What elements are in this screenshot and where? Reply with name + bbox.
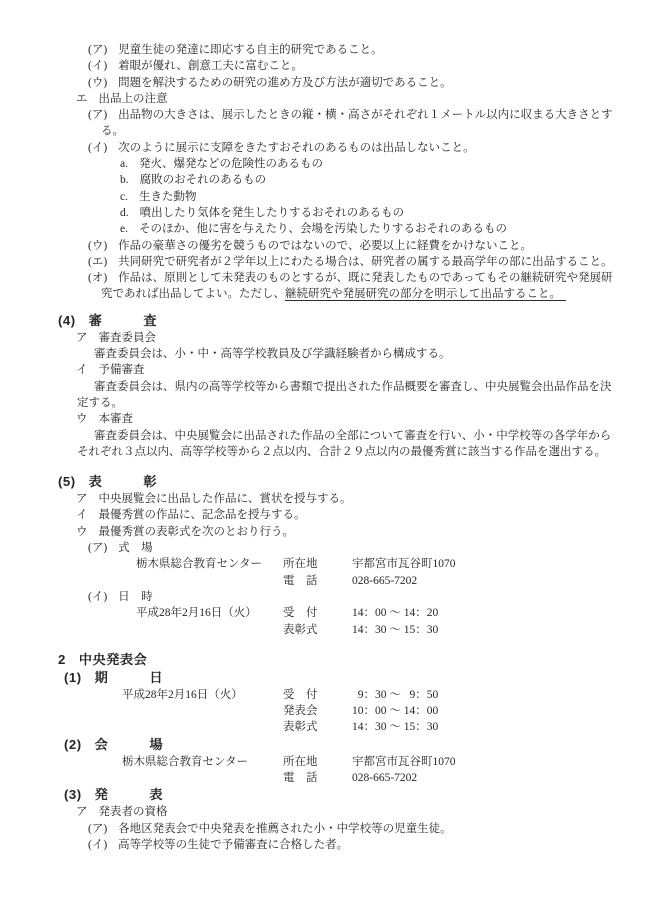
row-primary: 栃木県総合教育センター (136, 556, 283, 572)
item-marker: (オ) (88, 270, 107, 286)
heading-text: 会 場 (95, 737, 163, 752)
line-text: 作品は、原則として未発表のものとするが、既に発表したものであってもその継続研究や… (118, 272, 612, 284)
section-number: (4) (58, 312, 76, 330)
document-line: (エ)共同研究で研究者が２学年以上にわたる場合は、研究者の属する最高学年の部に出… (58, 254, 610, 270)
info-row: 平成28年2月16日（火）受 付 9：30 ～ 9：50 (58, 687, 610, 703)
heading-text: 審 査 (89, 313, 157, 328)
line-text: 次のように展示に支障をきたすおそれのあるものは出品しないこと。 (118, 142, 475, 154)
row-primary: 平成28年2月16日（火） (122, 687, 283, 703)
document-line: (イ)次のように展示に支障をきたすおそれのあるものは出品しないこと。 (58, 140, 610, 156)
item-marker: b. (120, 172, 129, 188)
field-label: 表彰式 (283, 622, 352, 638)
vertical-spacer (58, 638, 610, 651)
info-row: 表彰式14：30 ～ 15：30 (58, 719, 610, 735)
document-line: ア発表者の資格 (58, 804, 610, 820)
vertical-spacer (58, 460, 610, 473)
info-row: 電 話028-665-7202 (58, 573, 610, 589)
heading-text: 中央発表会 (79, 652, 147, 667)
item-marker: (エ) (88, 254, 107, 270)
document-page: (ア)児童生徒の発達に即応する自主的研究であること。(イ)着眼が優れ、創意工夫に… (0, 0, 646, 914)
document-line: エ出品上の注意 (58, 91, 610, 107)
document-line: 審査委員会は、小・中・高等学校教員及び学識経験者から構成する。 (58, 346, 610, 362)
field-label: 受 付 (283, 605, 352, 621)
line-text: 児童生徒の発達に即応する自主的研究であること。 (118, 44, 383, 56)
line-text: 問題を解決するための研究の進め方及び方法が適切であること。 (118, 77, 452, 89)
document-line: ア中央展覧会に出品した作品に、賞状を授与する。 (58, 491, 610, 507)
line-text: る。 (101, 125, 124, 137)
item-marker: ア (76, 804, 88, 820)
document-line: それぞれ３点以内、高等学校等から２点以内、合計２９点以内の最優秀賞に該当する作品… (58, 444, 610, 460)
document-line: ウ最優秀賞の表彰式を次のとおり行う。 (58, 524, 610, 540)
document-line: 究であれば出品してよい。ただし、継続研究や発展研究の部分を明示して出品すること。 (58, 286, 610, 302)
item-marker: エ (76, 91, 88, 107)
document-line: (ア)出品物の大きさは、展示したときの縦・横・高さがそれぞれ１メートル以内に収ま… (58, 107, 610, 123)
document-line: イ最優秀賞の作品に、記念品を授与する。 (58, 507, 610, 523)
info-row: 栃木県総合教育センター所在地宇都宮市瓦谷町1070 (58, 556, 610, 572)
line-text: 本審査 (99, 413, 134, 425)
line-text: 共同研究で研究者が２学年以上にわたる場合は、研究者の属する最高学年の部に出品する… (118, 256, 613, 268)
item-marker: a. (120, 156, 128, 172)
info-row: 発表会10：00 ～ 14：00 (58, 703, 610, 719)
section-heading: (2)会 場 (58, 736, 610, 754)
line-text: 審査委員会は、県内の高等学校等から書類で提出された作品概要を審査し、中央展覧会出… (94, 381, 612, 393)
line-text: 最優秀賞の作品に、記念品を授与する。 (99, 509, 306, 521)
line-text: 式 場 (118, 542, 153, 554)
line-text: そのほか、他に害を与えたり、会場を汚染したりするおそれのあるもの (139, 223, 507, 235)
line-text: 審査委員会は、中央展覧会に出品された作品の全部について審査を行い、小・中学校等の… (94, 430, 611, 442)
field-value: 14：30 ～ 15：30 (352, 719, 438, 735)
field-value: 028-665-7202 (352, 770, 417, 786)
line-text: 審査委員会 (99, 332, 157, 344)
document-line: (イ)高等学校等の生徒で予備審査に合格した者。 (58, 837, 610, 853)
document-line: (ウ)作品の豪華さの優劣を競うものではないので、必要以上に経費をかけないこと。 (58, 238, 610, 254)
section-heading: (5)表 彰 (58, 473, 610, 491)
heading-text: 発 表 (95, 787, 163, 802)
line-text: 発表者の資格 (99, 806, 168, 818)
section-number: (5) (58, 473, 76, 491)
line-text: 出品物の大きさは、展示したときの縦・横・高さがそれぞれ１メートル以内に収まる大き… (118, 109, 613, 121)
line-text: 究であれば出品してよい。ただし、 (101, 288, 285, 300)
row-primary (136, 622, 283, 638)
section-heading: (4)審 査 (58, 312, 610, 330)
document-line: (イ)日 時 (58, 589, 610, 605)
item-marker: ア (76, 330, 88, 346)
document-line: ア審査委員会 (58, 330, 610, 346)
section-number: 2 (58, 651, 66, 669)
line-text: 各地区発表会で中央発表を推薦された小・中学校等の児童生徒。 (118, 823, 452, 835)
field-value: 028-665-7202 (352, 573, 417, 589)
item-marker: (イ) (88, 837, 107, 853)
line-text: 噴出したり気体を発生したりするおそれのあるもの (140, 207, 405, 219)
row-primary: 栃木県総合教育センター (122, 754, 283, 770)
field-value: 10：00 ～ 14：00 (352, 703, 438, 719)
item-marker: (ア) (88, 821, 107, 837)
line-text: 中央展覧会に出品した作品に、賞状を授与する。 (99, 493, 352, 505)
heading-text: 表 彰 (89, 474, 157, 489)
heading-text: 期 日 (95, 670, 163, 685)
line-text: 予備審査 (99, 364, 145, 376)
field-label: 受 付 (283, 687, 352, 703)
field-label: 表彰式 (283, 719, 352, 735)
document-line: (オ)作品は、原則として未発表のものとするが、既に発表したものであってもその継続… (58, 270, 610, 286)
document-line: b.腐敗のおそれのあるもの (58, 172, 610, 188)
line-text: 作品の豪華さの優劣を競うものではないので、必要以上に経費をかけないこと。 (118, 240, 532, 252)
section-number: (3) (64, 786, 82, 804)
field-label: 所在地 (283, 754, 352, 770)
item-marker: (イ) (88, 58, 107, 74)
item-marker: (ア) (88, 42, 107, 58)
line-text: 着眼が優れ、創意工夫に富むこと。 (118, 60, 303, 72)
section-number: (1) (64, 669, 82, 687)
underlined-text: 継続研究や発展研究の部分を明示して出品すること。 (285, 288, 566, 301)
line-text: 最優秀賞の表彰式を次のとおり行う。 (99, 526, 295, 538)
document-lines: (ア)児童生徒の発達に即応する自主的研究であること。(イ)着眼が優れ、創意工夫に… (58, 42, 610, 853)
item-marker: ウ (76, 524, 88, 540)
field-value: 宇都宮市瓦谷町1070 (352, 754, 456, 770)
line-text: 高等学校等の生徒で予備審査に合格した者。 (118, 839, 348, 851)
document-line: 定する。 (58, 395, 610, 411)
item-marker: (ウ) (88, 238, 107, 254)
item-marker: イ (76, 362, 88, 378)
item-marker: c. (120, 189, 128, 205)
line-text: 腐敗のおそれのあるもの (140, 174, 267, 186)
field-value: 9：30 ～ 9：50 (352, 687, 438, 703)
info-row: 電 話028-665-7202 (58, 770, 610, 786)
line-text: 審査委員会は、小・中・高等学校教員及び学識経験者から構成する。 (94, 348, 451, 360)
row-primary (136, 573, 283, 589)
info-row: 表彰式14：30 ～ 15：30 (58, 622, 610, 638)
item-marker: e. (120, 221, 128, 237)
document-line: (ア)児童生徒の発達に即応する自主的研究であること。 (58, 42, 610, 58)
line-text: 日 時 (118, 591, 153, 603)
document-line: e.そのほか、他に害を与えたり、会場を汚染したりするおそれのあるもの (58, 221, 610, 237)
line-text: 発火、爆発などの危険性のあるもの (139, 158, 323, 170)
field-label: 電 話 (283, 770, 352, 786)
document-line: る。 (58, 123, 610, 139)
document-line: イ予備審査 (58, 362, 610, 378)
line-text: それぞれ３点以内、高等学校等から２点以内、合計２９点以内の最優秀賞に該当する作品… (77, 446, 606, 458)
section-number: (2) (64, 736, 82, 754)
item-marker: (イ) (88, 140, 107, 156)
document-line: (ア)式 場 (58, 540, 610, 556)
field-label: 電 話 (283, 573, 352, 589)
item-marker: イ (76, 507, 88, 523)
section-heading: (1)期 日 (58, 669, 610, 687)
item-marker: (ア) (88, 540, 107, 556)
document-line: 審査委員会は、中央展覧会に出品された作品の全部について審査を行い、小・中学校等の… (58, 428, 610, 444)
field-value: 14：00 ～ 14：20 (352, 605, 438, 621)
document-line: (ア)各地区発表会で中央発表を推薦された小・中学校等の児童生徒。 (58, 821, 610, 837)
line-text: 生きた動物 (139, 191, 197, 203)
section-heading: 2中央発表会 (58, 651, 610, 669)
document-line: d.噴出したり気体を発生したりするおそれのあるもの (58, 205, 610, 221)
field-label: 発表会 (283, 703, 352, 719)
field-value: 14：30 ～ 15：30 (352, 622, 438, 638)
document-line: (ウ)問題を解決するための研究の進め方及び方法が適切であること。 (58, 75, 610, 91)
row-primary: 平成28年2月16日（火） (136, 605, 283, 621)
section-heading: (3)発 表 (58, 786, 610, 804)
row-primary (122, 719, 283, 735)
item-marker: (ア) (88, 107, 107, 123)
document-line: ウ本審査 (58, 411, 610, 427)
item-marker: (イ) (88, 589, 107, 605)
field-label: 所在地 (283, 556, 352, 572)
row-primary (122, 703, 283, 719)
line-text: 出品上の注意 (99, 93, 168, 105)
row-primary (122, 770, 283, 786)
document-line: a.発火、爆発などの危険性のあるもの (58, 156, 610, 172)
info-row: 栃木県総合教育センター所在地宇都宮市瓦谷町1070 (58, 754, 610, 770)
document-line: (イ)着眼が優れ、創意工夫に富むこと。 (58, 58, 610, 74)
item-marker: ア (76, 491, 88, 507)
document-line: c.生きた動物 (58, 189, 610, 205)
line-text: 定する。 (77, 397, 123, 409)
field-value: 宇都宮市瓦谷町1070 (352, 556, 456, 572)
vertical-spacer (58, 303, 610, 312)
item-marker: ウ (76, 411, 88, 427)
item-marker: d. (120, 205, 129, 221)
item-marker: (ウ) (88, 75, 107, 91)
info-row: 平成28年2月16日（火）受 付14：00 ～ 14：20 (58, 605, 610, 621)
document-line: 審査委員会は、県内の高等学校等から書類で提出された作品概要を審査し、中央展覧会出… (58, 379, 610, 395)
